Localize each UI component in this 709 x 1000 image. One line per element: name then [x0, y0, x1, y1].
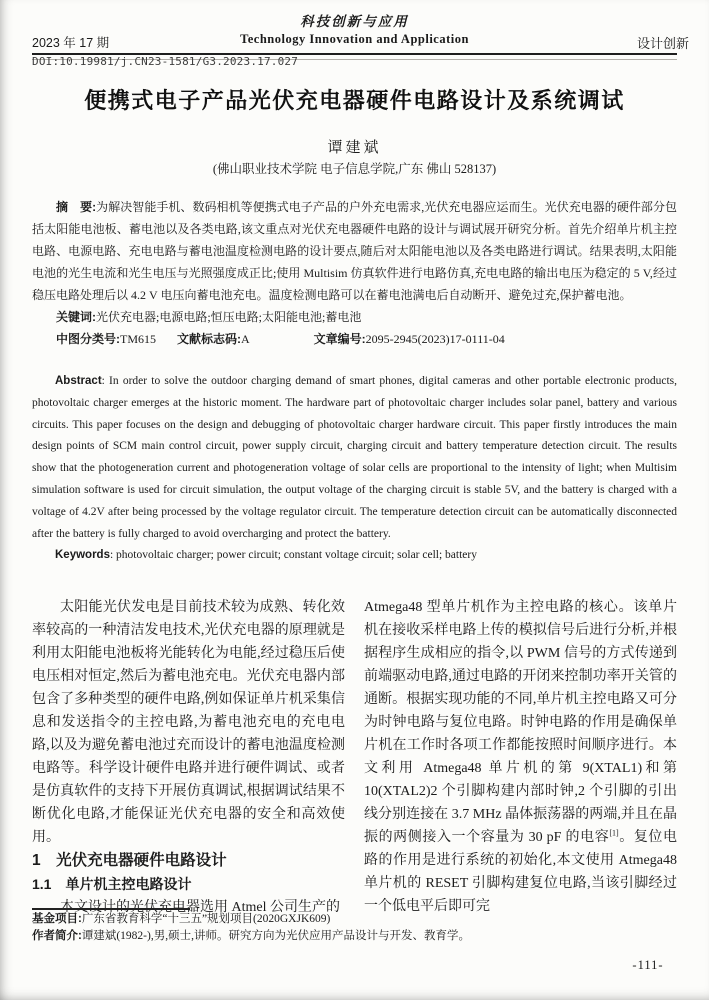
abstract-cn-label: 摘 要: — [56, 200, 96, 214]
affiliation: (佛山职业技术学院 电子信息学院,广东 佛山 528137) — [32, 159, 677, 177]
bio-line: 作者简介:谭建斌(1982-),男,硕士,讲师。研究方向为光伏应用产品设计与开发… — [32, 930, 677, 944]
keywords-en-text: : photovoltaic charger; power circuit; c… — [110, 549, 477, 561]
fund-label: 基金项目: — [32, 913, 82, 925]
doc-code-pair: 文献标志码:A — [177, 332, 250, 346]
keywords-cn-label: 关键词: — [56, 310, 96, 324]
bio-text: 谭建斌(1982-),男,硕士,讲师。研究方向为光伏应用产品设计与开发、教育学。 — [82, 930, 470, 942]
abstract-cn-text: 为解决智能手机、数码相机等便携式电子产品的户外充电需求,光伏充电器应运而生。光伏… — [32, 200, 677, 302]
right-column: Atmega48 型单片机作为主控电路的核心。该单片机在接收采样电路上传的模拟信… — [364, 596, 677, 919]
paper-page: 科技创新与应用 2023 年 17 期 Technology Innovatio… — [0, 0, 709, 1000]
journal-name-cn: 科技创新与应用 — [32, 10, 677, 30]
classification-line: 中图分类号:TM615文献标志码:A文章编号:2095-2945(2023)17… — [32, 328, 677, 350]
article-id-pair: 文章编号:2095-2945(2023)17-0111-04 — [314, 332, 505, 346]
keywords-en: Keywords: photovoltaic charger; power ci… — [32, 545, 677, 567]
body-para: Atmega48 型单片机作为主控电路的核心。该单片机在接收采样电路上传的模拟信… — [364, 596, 677, 918]
body-h1: 1 光伏充电器硬件电路设计 — [32, 849, 345, 873]
article-id-value: 2095-2945(2023)17-0111-04 — [366, 332, 505, 346]
body-columns: 太阳能光伏发电是目前技术较为成熟、转化效率较高的一种清洁发电技术,光伏充电器的原… — [32, 596, 677, 919]
abstract-en-section: Abstract: In order to solve the outdoor … — [32, 371, 677, 567]
abstract-en-label: Abstract — [55, 375, 102, 387]
journal-name-en: Technology Innovation and Application — [32, 32, 677, 47]
abstract-en: Abstract: In order to solve the outdoor … — [32, 371, 677, 545]
citation-ref: [1] — [609, 828, 618, 837]
doc-code-value: A — [241, 332, 250, 346]
clc-pair: 中图分类号:TM615 — [56, 332, 156, 346]
author-name: 谭建斌 — [32, 136, 677, 157]
left-column: 太阳能光伏发电是目前技术较为成熟、转化效率较高的一种清洁发电技术,光伏充电器的原… — [32, 596, 345, 919]
doc-code-label: 文献标志码: — [177, 332, 241, 346]
body-h2: 1.1 单片机主控电路设计 — [32, 873, 345, 896]
body-para: 太阳能光伏发电是目前技术较为成熟、转化效率较高的一种清洁发电技术,光伏充电器的原… — [32, 596, 345, 849]
issue-label: 2023 年 17 期 — [32, 33, 109, 51]
journal-header-row: 2023 年 17 期 Technology Innovation and Ap… — [32, 32, 677, 51]
clc-value: TM615 — [120, 332, 156, 346]
bio-label: 作者简介: — [32, 930, 82, 942]
paper-title: 便携式电子产品光伏充电器硬件电路设计及系统调试 — [32, 84, 677, 115]
journal-header: 科技创新与应用 2023 年 17 期 Technology Innovatio… — [32, 10, 677, 60]
footnote-section: 基金项目:广东省教育科学“十三五”规划项目(2020GXJK609) 作者简介:… — [32, 908, 677, 943]
doi: DOI:10.19981/j.CN23-1581/G3.2023.17.027 — [32, 55, 298, 68]
fund-line: 基金项目:广东省教育科学“十三五”规划项目(2020GXJK609) — [32, 913, 677, 927]
article-id-label: 文章编号: — [314, 332, 366, 346]
page-number: -111- — [612, 958, 684, 973]
clc-label: 中图分类号: — [56, 332, 120, 346]
keywords-cn: 关键词:光伏充电器;电源电路;恒压电路;太阳能电池;蓄电池 — [32, 306, 677, 328]
fund-text: 广东省教育科学“十三五”规划项目(2020GXJK609) — [82, 913, 331, 925]
abstract-en-text: : In order to solve the outdoor charging… — [32, 375, 677, 540]
footnote-rule — [32, 908, 190, 910]
column-label: 设计创新 — [637, 33, 689, 52]
abstract-cn-section: 摘 要:为解决智能手机、数码相机等便携式电子产品的户外充电需求,光伏充电器应运而… — [32, 196, 677, 350]
keywords-cn-text: 光伏充电器;电源电路;恒压电路;太阳能电池;蓄电池 — [96, 310, 361, 324]
keywords-en-label: Keywords — [55, 549, 110, 561]
abstract-cn: 摘 要:为解决智能手机、数码相机等便携式电子产品的户外充电需求,光伏充电器应运而… — [32, 196, 677, 306]
